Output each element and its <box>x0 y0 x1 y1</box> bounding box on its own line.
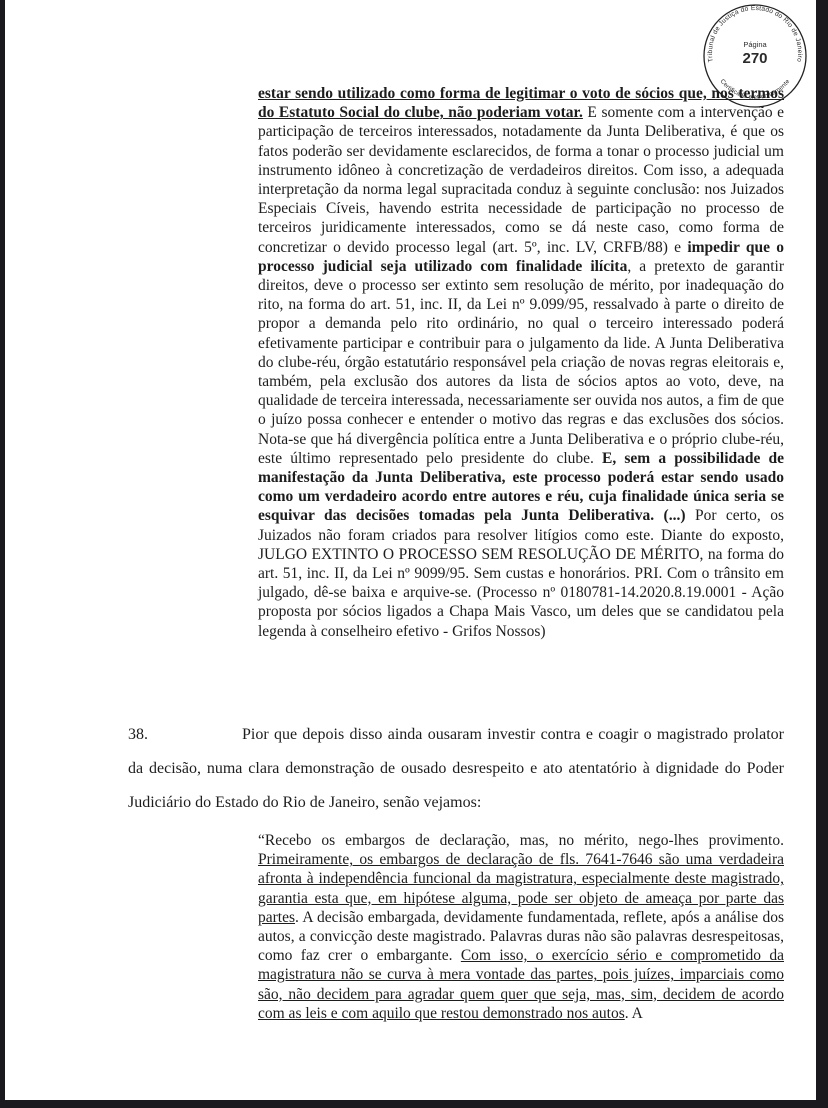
quote-block-embargos: “Recebo os embargos de declaração, mas, … <box>258 831 784 1023</box>
paragraph-38: 38.Pior que depois disso ainda ousaram i… <box>128 718 784 820</box>
stamp-page-label: Página <box>743 40 767 49</box>
viewer-edge-right <box>816 0 828 1108</box>
text-segment: E somente com a intervenção e participaç… <box>258 104 784 255</box>
document-page: Tribunal de Justiça do Estado do Rio de … <box>0 0 828 1108</box>
viewer-edge-bottom <box>0 1100 828 1108</box>
viewer-edge-left <box>0 0 5 1108</box>
paragraph-number: 38. <box>128 718 242 752</box>
text-segment: , a pretexto de garantir direitos, deve … <box>258 258 784 467</box>
quote-block-decision: estar sendo utilizado como forma de legi… <box>258 84 784 641</box>
stamp-page-number: 270 <box>742 50 767 67</box>
text-segment: Por certo, os Juizados não foram criados… <box>258 507 784 639</box>
text-segment: “Recebo os embargos de declaração, mas, … <box>258 832 784 849</box>
text-segment: . A <box>625 1005 643 1022</box>
